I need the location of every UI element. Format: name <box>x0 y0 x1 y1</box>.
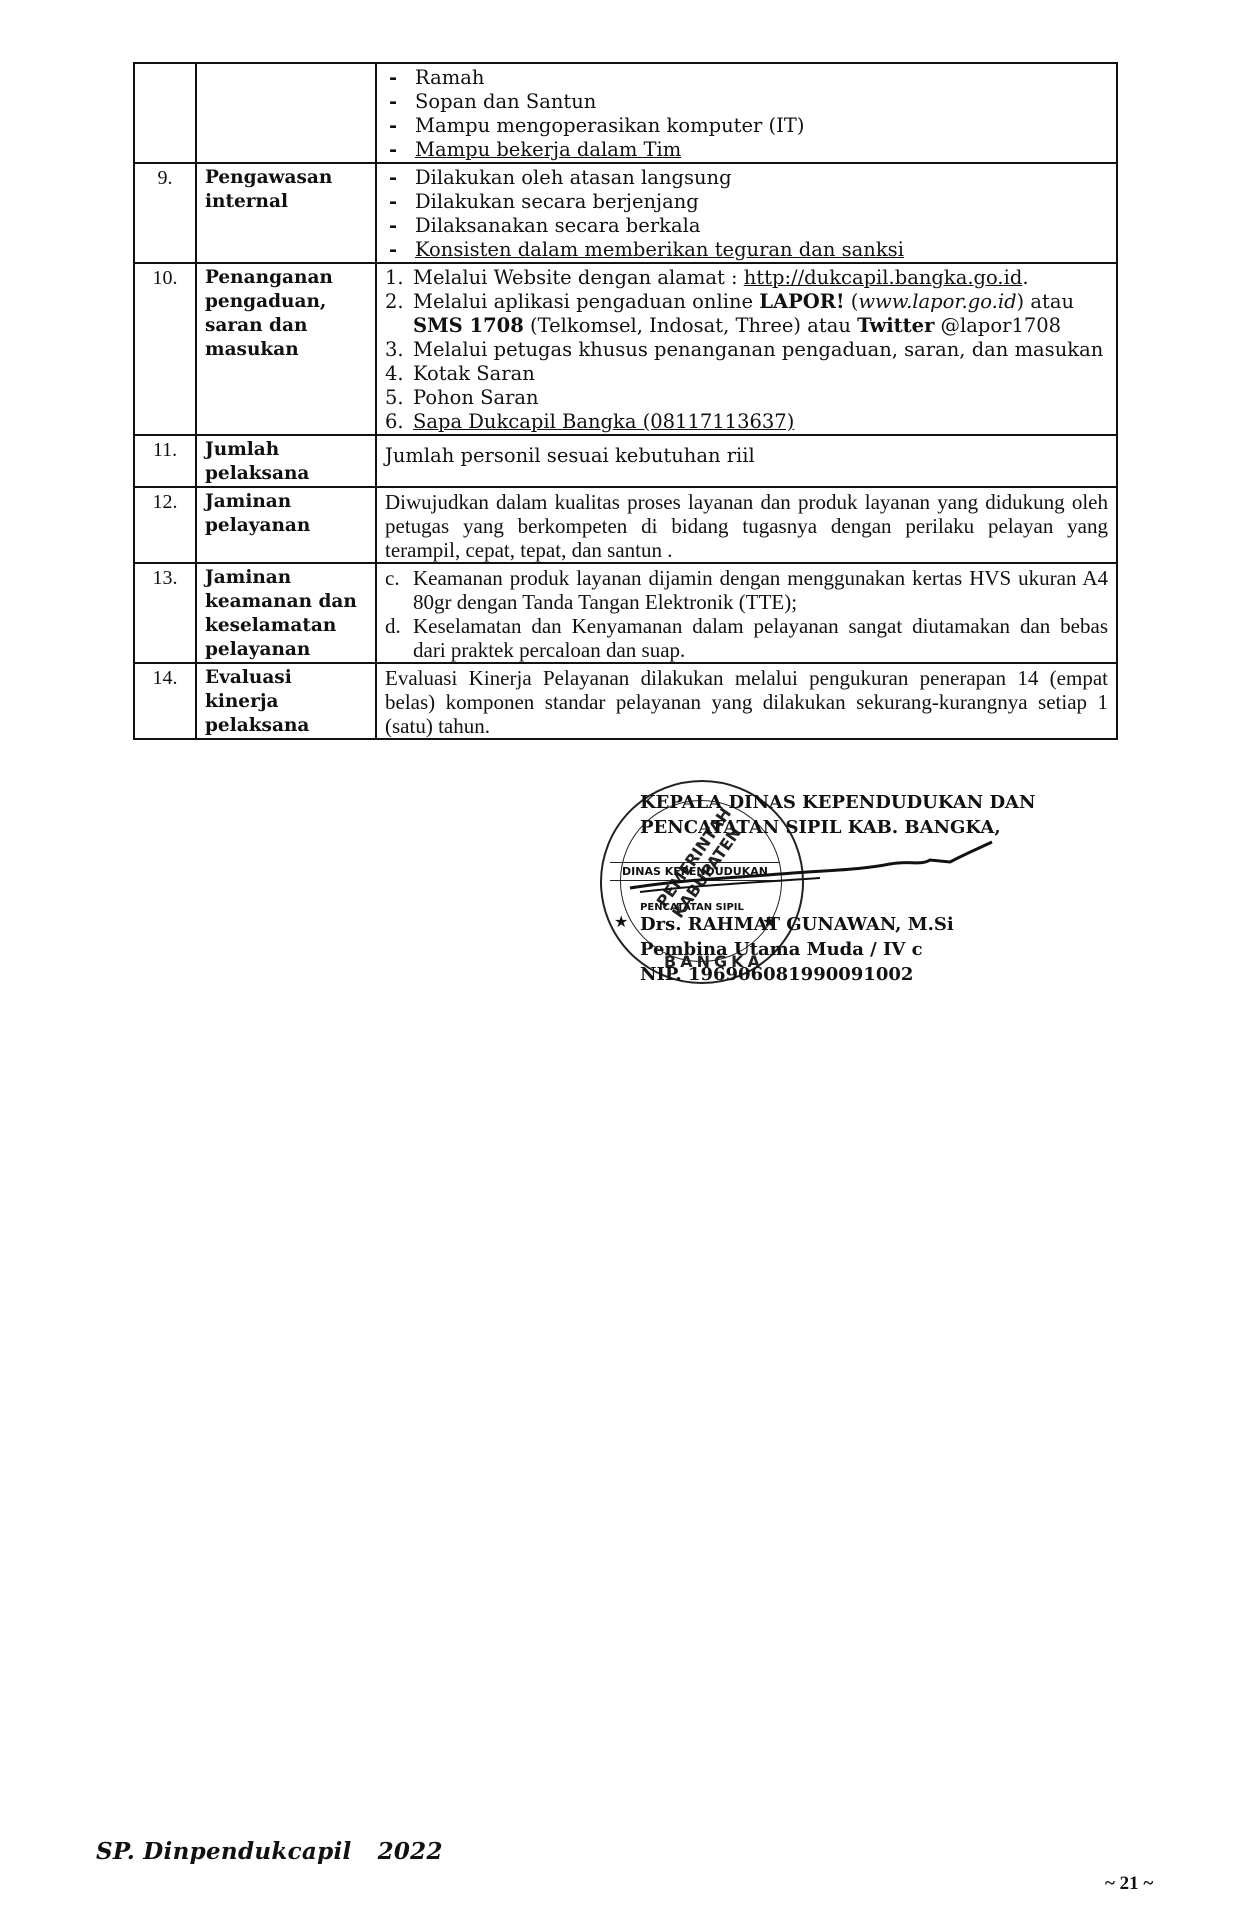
row-label <box>196 63 376 163</box>
row-label: Jaminan keamanan dan keselamatan pelayan… <box>196 563 376 663</box>
list-item: Ramah <box>385 66 1108 90</box>
star-icon: ★ <box>614 912 628 931</box>
row-content: Diwujudkan dalam kualitas proses layanan… <box>376 487 1117 563</box>
list-item: 1. Melalui Website dengan alamat : http:… <box>385 266 1108 290</box>
row-number: 9. <box>134 163 196 263</box>
row-content: c. Keamanan produk layanan dijamin denga… <box>376 563 1117 663</box>
website-link[interactable]: http://dukcapil.bangka.go.id <box>744 266 1023 289</box>
row-number: 13. <box>134 563 196 663</box>
row-content: 1. Melalui Website dengan alamat : http:… <box>376 263 1117 435</box>
row-number: 14. <box>134 663 196 739</box>
row-number: 12. <box>134 487 196 563</box>
signatory-title: KEPALA DINAS KEPENDUDUKAN DAN <box>640 790 1090 815</box>
footer-document-name: SP. Dinpendukcapil2022 <box>96 1838 443 1865</box>
row-content: Ramah Sopan dan Santun Mampu mengoperasi… <box>376 63 1117 163</box>
list-item: Dilakukan oleh atasan langsung <box>385 166 1108 190</box>
row-label: Evaluasi kinerja pelaksana <box>196 663 376 739</box>
list-item: 4. Kotak Saran <box>385 362 1108 386</box>
table-row: 11. Jumlah pelaksana Jumlah personil ses… <box>134 435 1117 487</box>
signature-block: KEPALA DINAS KEPENDUDUKAN DAN PENCATATAN… <box>640 790 1090 987</box>
list-item: c. Keamanan produk layanan dijamin denga… <box>385 566 1108 614</box>
list-item: Konsisten dalam memberikan teguran dan s… <box>385 238 1108 262</box>
row-label: Jumlah pelaksana <box>196 435 376 487</box>
row-content: Evaluasi Kinerja Pelayanan dilakukan mel… <box>376 663 1117 739</box>
list-item: Mampu bekerja dalam Tim <box>385 138 1108 162</box>
row-label: Jaminan pelayanan <box>196 487 376 563</box>
service-standard-table: Ramah Sopan dan Santun Mampu mengoperasi… <box>133 62 1118 740</box>
list-item: Dilaksanakan secara berkala <box>385 214 1108 238</box>
signatory-name: Drs. RAHMAT GUNAWAN, M.Si <box>640 912 1090 937</box>
table-row: 12. Jaminan pelayanan Diwujudkan dalam k… <box>134 487 1117 563</box>
row-content: Dilakukan oleh atasan langsung Dilakukan… <box>376 163 1117 263</box>
row-label: Pengawasan internal <box>196 163 376 263</box>
row-number <box>134 63 196 163</box>
table-row: Ramah Sopan dan Santun Mampu mengoperasi… <box>134 63 1117 163</box>
row-content: Jumlah personil sesuai kebutuhan riil <box>376 435 1117 487</box>
table-row: 13. Jaminan keamanan dan keselamatan pel… <box>134 563 1117 663</box>
table-row: 9. Pengawasan internal Dilakukan oleh at… <box>134 163 1117 263</box>
lapor-link[interactable]: www.lapor.go.id <box>858 290 1016 313</box>
list-item: Dilakukan secara berjenjang <box>385 190 1108 214</box>
row-number: 11. <box>134 435 196 487</box>
signatory-nip: NIP. 196906081990091002 <box>640 962 1090 987</box>
footer-year: 2022 <box>378 1838 443 1865</box>
list-item: d. Keselamatan dan Kenyamanan dalam pela… <box>385 614 1108 662</box>
page-number: ~ 21 ~ <box>1105 1873 1153 1895</box>
document-page: Ramah Sopan dan Santun Mampu mengoperasi… <box>0 0 1238 1924</box>
table-row: 10. Penanganan pengaduan, saran dan masu… <box>134 263 1117 435</box>
list-item: Sopan dan Santun <box>385 90 1108 114</box>
row-number: 10. <box>134 263 196 435</box>
signatory-title-2: PENCATATAN SIPIL KAB. BANGKA, <box>640 815 1090 840</box>
list-item: 3. Melalui petugas khusus penanganan pen… <box>385 338 1108 362</box>
signatory-rank: Pembina Utama Muda / IV c <box>640 937 1090 962</box>
list-item: 5. Pohon Saran <box>385 386 1108 410</box>
list-item: 2. Melalui aplikasi pengaduan online LAP… <box>385 290 1108 338</box>
list-item: 6. Sapa Dukcapil Bangka (08117113637) <box>385 410 1108 434</box>
list-item: Mampu mengoperasikan komputer (IT) <box>385 114 1108 138</box>
row-label: Penanganan pengaduan, saran dan masukan <box>196 263 376 435</box>
table-row: 14. Evaluasi kinerja pelaksana Evaluasi … <box>134 663 1117 739</box>
